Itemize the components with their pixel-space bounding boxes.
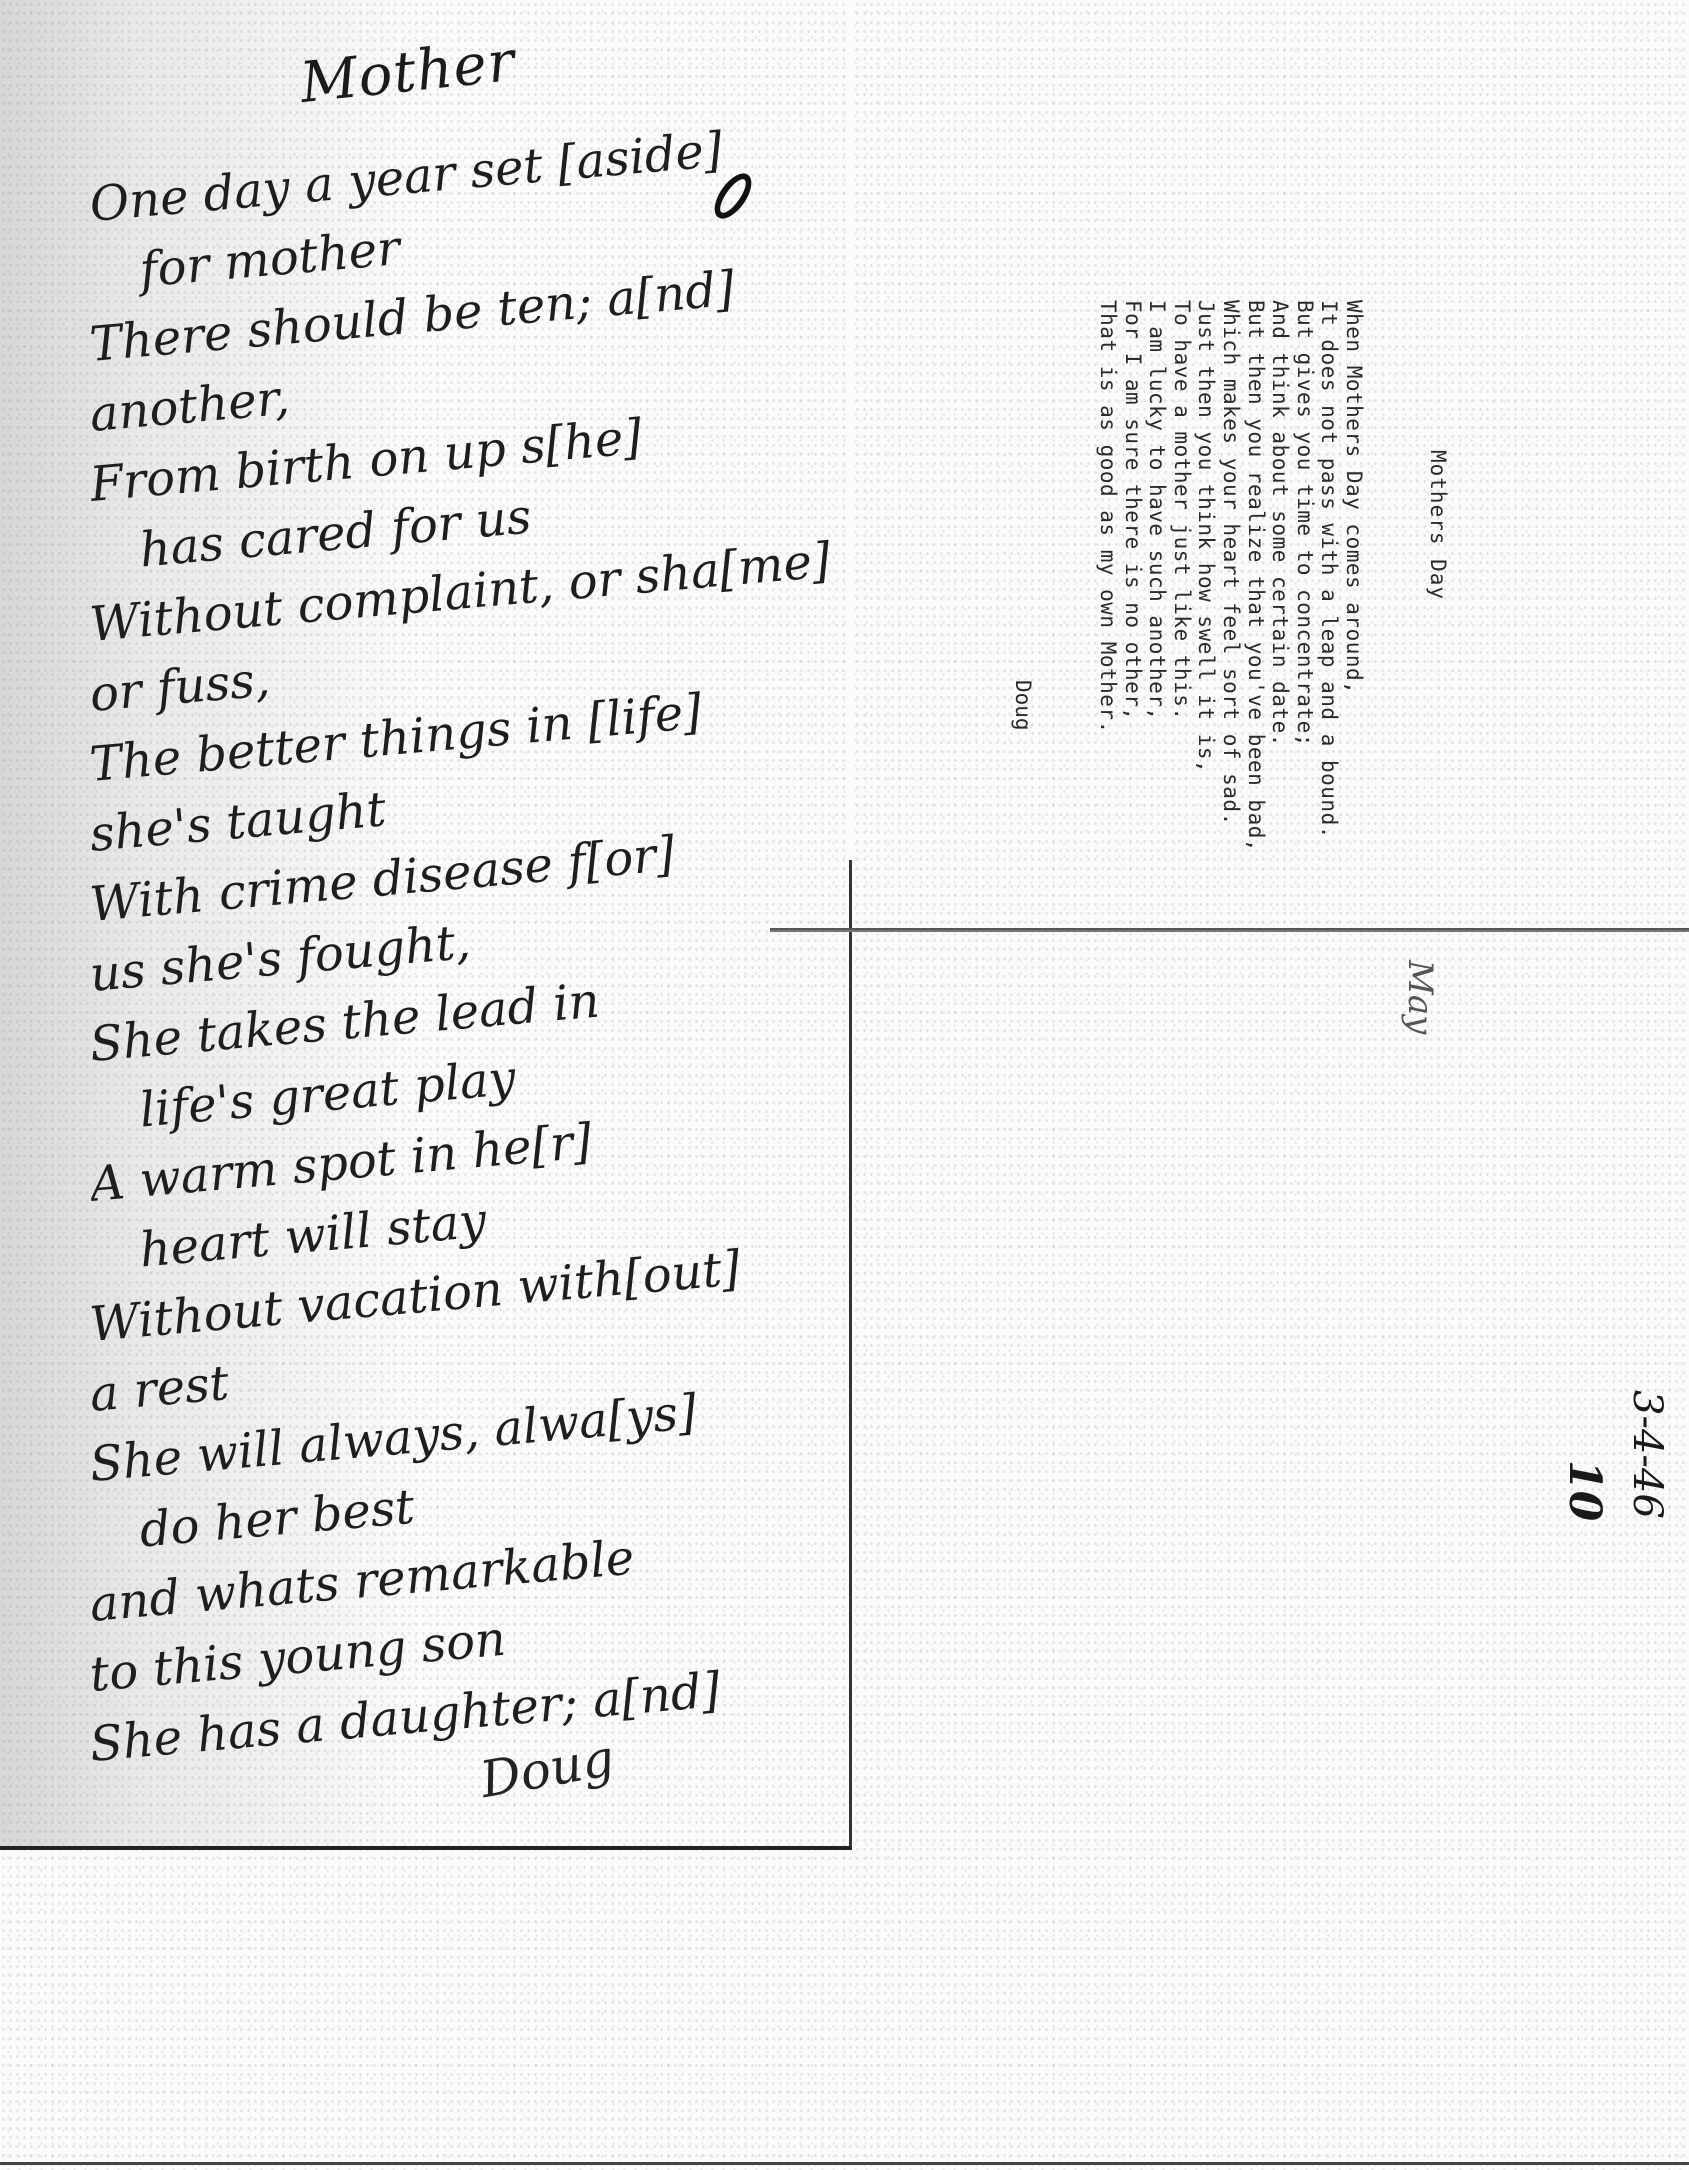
typed-line: Just then you think how swell it is, [1194, 300, 1219, 852]
typed-line: That is as good as my own Mother. [1095, 300, 1120, 852]
typed-line: For I am sure there is no other, [1120, 300, 1145, 852]
typed-title: Mothers Day [1426, 450, 1450, 852]
margin-note-number: 10 [1559, 1460, 1610, 1521]
typed-poem: Mothers Day When Mothers Day comes aroun… [1011, 300, 1450, 852]
typed-line: It does not pass with a leap and a bound… [1317, 300, 1342, 852]
page-bottom-edge [0, 2162, 1689, 2165]
margin-note-faint: May [1400, 960, 1440, 1034]
typed-line: But then you realize that you've been ba… [1243, 300, 1268, 852]
typed-line: But gives you time to concentrate; [1292, 300, 1317, 852]
typed-line: And think about some certain date. [1268, 300, 1293, 852]
handwritten-sheet: Mother One day a year set [aside] for mo… [0, 0, 852, 1850]
margin-note-date: 3-4-46 [1624, 1390, 1670, 1519]
typed-line: I am lucky to have such another, [1145, 300, 1170, 852]
typed-line: When Mothers Day comes around, [1341, 300, 1366, 852]
handwritten-title: Mother [297, 29, 518, 116]
handwritten-poem-body: One day a year set [aside] for mother Th… [90, 170, 850, 1780]
sheet-edge [770, 930, 1689, 932]
typed-signature: Doug [1011, 680, 1035, 852]
typed-line: Which makes your heart feel sort of sad. [1218, 300, 1243, 852]
typed-line: To have a mother just like this. [1169, 300, 1194, 852]
